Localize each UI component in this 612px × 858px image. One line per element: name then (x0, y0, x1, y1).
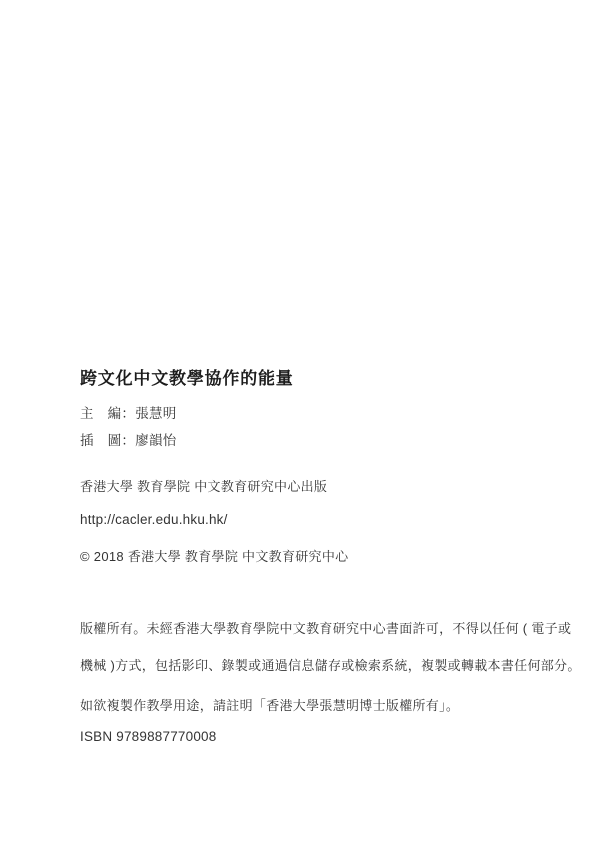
rights-notice-line-1: 版權所有。未經香港大學教育學院中文教育研究中心書面許可，不得以任何 ( 電子或 (80, 618, 571, 637)
editor-credit: 主 編：張慧明 (80, 402, 177, 422)
illustrator-credit: 插 圖：廖韻怡 (80, 429, 177, 449)
website-url: http://cacler.edu.hku.hk/ (80, 512, 228, 527)
rights-notice-line-2: 機械 )方式，包括影印、錄製或通過信息儲存或檢索系統，複製或轉載本書任何部分。 (80, 655, 581, 674)
publisher-line: 香港大學 教育學院 中文教育研究中心出版 (80, 476, 327, 495)
isbn: ISBN 9789887770008 (80, 729, 216, 744)
book-title: 跨文化中文教學協作的能量 (80, 364, 294, 389)
copyright-line: © 2018 香港大學 教育學院 中文教育研究中心 (80, 546, 348, 565)
teaching-use-note: 如欲複製作教學用途，請註明「香港大學張慧明博士版權所有」。 (80, 695, 459, 714)
document-page: 跨文化中文教學協作的能量 主 編：張慧明 插 圖：廖韻怡 香港大學 教育學院 中… (0, 0, 612, 858)
